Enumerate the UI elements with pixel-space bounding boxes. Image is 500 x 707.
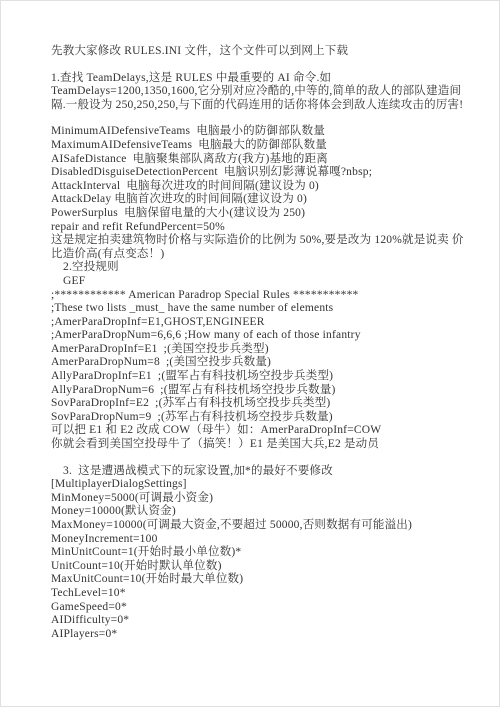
text-line: 先教大家修改 RULES.INI 文件，这个文件可以到网上下载 — [51, 45, 473, 59]
text-line: AmerParaDropNum=8 ;(美国空投步兵数量) — [51, 356, 473, 370]
text-line: 2.空投规则 — [51, 261, 473, 275]
text-line: [MultiplayerDialogSettings] — [51, 478, 473, 492]
text-line: MaxUnitCount=10(开始时最大单位数) — [51, 573, 473, 587]
text-line: MaxMoney=10000(可调最大资金,不要超过 50000,否则数据有可能… — [51, 519, 473, 533]
text-line: MoneyIncrement=100 — [51, 533, 473, 547]
document-body: 先教大家修改 RULES.INI 文件，这个文件可以到网上下载1.查找 Team… — [1, 1, 499, 641]
text-line: AIPlayers=0* — [51, 628, 473, 642]
document-page: 先教大家修改 RULES.INI 文件，这个文件可以到网上下载1.查找 Team… — [0, 0, 500, 707]
text-line: repair and refit RefundPercent=50% — [51, 221, 473, 235]
text-line: DisabledDisguiseDetectionPercent 电脑识别幻影薄… — [51, 166, 473, 180]
text-line: ;AmerParaDropInf=E1,GHOST,ENGINEER — [51, 316, 473, 330]
text-line: MinMoney=5000(可调最小资金) — [51, 492, 473, 506]
text-line: 1.查找 TeamDelays,这是 RULES 中最重要的 AI 命令.如 T… — [51, 72, 473, 113]
text-line: 这是规定拍卖建筑物时价格与实际造价的比例为 50%,要是改为 120%就是说卖 … — [51, 234, 473, 261]
text-line: ;AmerParaDropNum=6,6,6 ;How many of each… — [51, 329, 473, 343]
text-line: 你就会看到美国空投母牛了（搞笑！）E1 是美国大兵,E2 是动员 — [51, 438, 473, 452]
text-line: GEF — [51, 275, 473, 289]
text-line: UnitCount=10(开始时默认单位数) — [51, 560, 473, 574]
text-line: MinimumAIDefensiveTeams 电脑最小的防御部队数量 — [51, 125, 473, 139]
text-line: ;These two lists _must_ have the same nu… — [51, 302, 473, 316]
text-line: AttackInterval 电脑每次进攻的时间间隔(建议设为 0) — [51, 180, 473, 194]
text-line: SovParaDropNum=9 ;(苏军占有科技机场空投步兵数量) — [51, 411, 473, 425]
text-line: 3. 这是遭遇战模式下的玩家设置,加*的最好不要修改 — [51, 465, 473, 479]
text-line: ;************ American Paradrop Special … — [51, 289, 473, 303]
text-line: TechLevel=10* — [51, 587, 473, 601]
text-line: MaximumAIDefensiveTeams 电脑最大的防御部队数量 — [51, 139, 473, 153]
text-line: AllyParaDropInf=E1 ;(盟军占有科技机场空投步兵类型) — [51, 370, 473, 384]
text-line: SovParaDropInf=E2 ;(苏军占有科技机场空投步兵类型) — [51, 397, 473, 411]
text-line: Money=10000(默认资金) — [51, 505, 473, 519]
text-line: AIDifficulty=0* — [51, 614, 473, 628]
text-line: AllyParaDropNum=6 ;(盟军占有科技机场空投步兵数量) — [51, 384, 473, 398]
text-line: MinUnitCount=1(开始时最小单位数)* — [51, 546, 473, 560]
text-line: AmerParaDropInf=E1 ;(美国空投步兵类型) — [51, 343, 473, 357]
text-line: GameSpeed=0* — [51, 601, 473, 615]
text-line: 可以把 E1 和 E2 改成 COW（母牛）如：AmerParaDropInf=… — [51, 424, 473, 438]
text-line: AttackDelay 电脑首次进攻的时间间隔(建议设为 0) — [51, 193, 473, 207]
text-line: AISafeDistance 电脑聚集部队离敌方(我方)基地的距离 — [51, 153, 473, 167]
text-line: PowerSurplus 电脑保留电量的大小(建议设为 250) — [51, 207, 473, 221]
